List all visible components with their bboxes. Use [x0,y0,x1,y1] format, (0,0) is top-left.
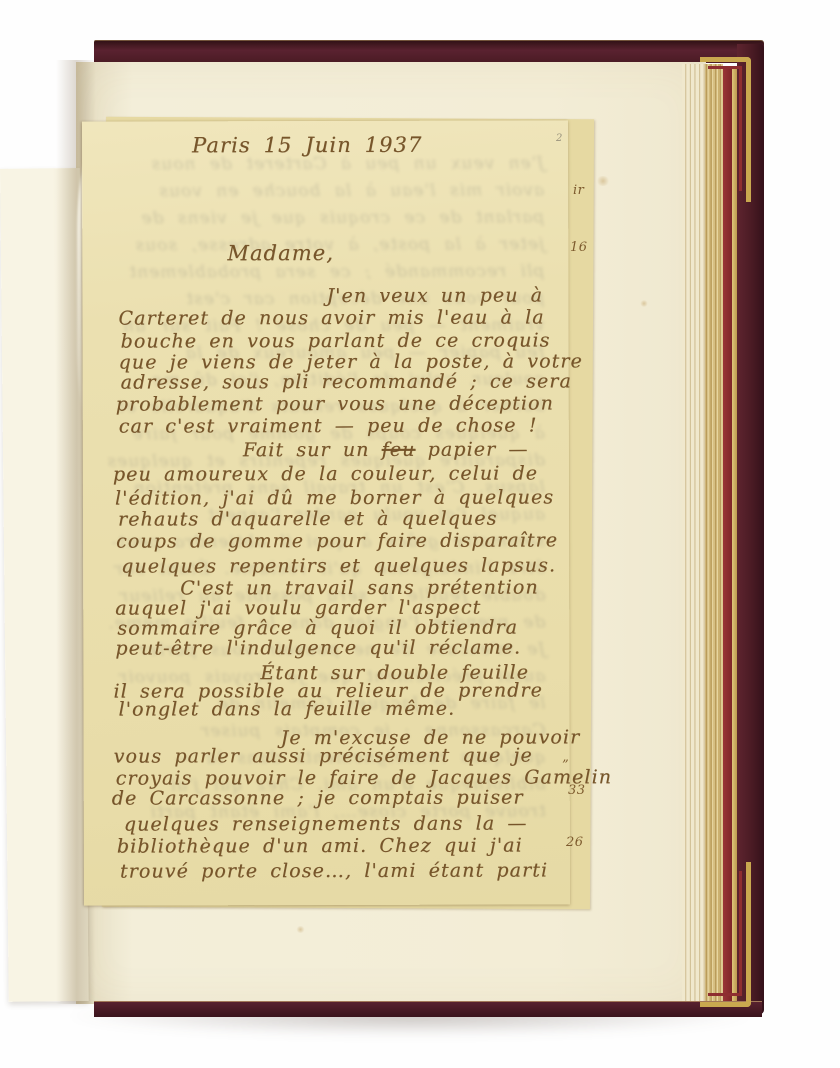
letter-line: croyais pouvoir le faire de Jacques Game… [116,768,612,788]
letter-line: auquel j'ai voulu garder l'aspect [115,599,481,619]
letter-line: que je viens de jeter à la poste, à votr… [119,352,583,372]
letter-line: l'édition, j'ai dû me borner à quelques [115,488,554,508]
letter-salutation: Madame, [227,243,334,264]
letter-line: peu amoureux de la couleur, celui de [113,464,538,484]
letter-line: car c'est vraiment — peu de chose ! [119,416,538,436]
correction-post: papier — [415,438,528,460]
foxing-speck [296,926,305,933]
margin-fragment: 16 [570,240,588,255]
margin-fragment: 33 [568,783,586,798]
margin-fragment: 2 [556,133,563,144]
correction-pre: Fait sur un [243,439,382,461]
letter-line: C'est un travail sans prétention [180,578,539,598]
foxing-speck [596,176,610,186]
letter-line: vous parler aussi précisément que je [114,746,533,766]
letter-line: sommaire grâce à quoi il obtiendra [117,618,518,638]
letter-line-with-correction: Fait sur un feu papier — [243,440,529,460]
letter-line: bibliothèque d'un ami. Chez qui j'ai [117,836,523,856]
letter-line: trouvé porte close…, l'ami étant parti [120,861,548,881]
letter-line: rehauts d'aquarelle et à quelques [118,510,498,530]
photo-backdrop: J'en veux un peu à Carteret de nous avoi… [0,0,840,1068]
margin-fragment: 26 [566,835,584,850]
letter-line: quelques renseignements dans la — [124,814,528,834]
margin-fragment: ” [562,758,569,773]
leather-top-edge [94,40,764,63]
letter-line: adresse, sous pli recommandé ; ce sera [121,372,572,392]
leather-bottom-edge [94,1001,762,1017]
letter-line: bouche en vous parlant de ce croquis [121,331,551,351]
letter-line: Carteret de nous avoir mis l'eau à la [118,308,544,328]
letter-line: quelques repentirs et quelques lapsus. [121,556,556,576]
struck-word: feu [382,439,416,461]
corner-red-top-right [708,66,742,191]
letter-line: probablement pour vous une déception [116,394,554,414]
letter-line: J'en veux un peu à [326,286,543,306]
margin-fragment: ir [573,183,584,198]
letter-dateline: Paris 15 Juin 1937 [192,135,422,157]
letter-line: coups de gomme pour faire disparaître [116,531,558,551]
letter-line: peut-être l'indulgence qu'il réclame. [115,638,521,658]
foxing-speck [640,300,648,307]
corner-red-bottom-right [708,871,742,996]
letter-line: l'onglet dans la feuille même. [118,700,455,720]
letter-line: de Carcassonne ; je comptais puiser [112,788,524,808]
letter-page: J'en veux un peu à Carteret de nous avoi… [82,120,570,905]
